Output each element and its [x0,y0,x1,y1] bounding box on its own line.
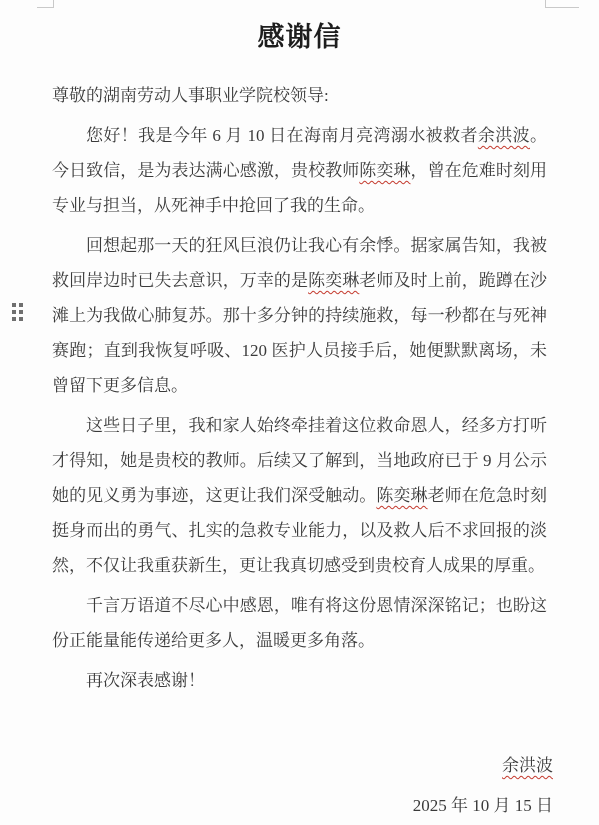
margin-crop-mark-top-right [545,0,579,8]
misspelled-text: 陈奕琳 [308,271,359,290]
document-page: 感谢信 尊敬的湖南劳动人事职业学院校领导: 您好！我是今年 6 月 10 日在海… [0,0,599,825]
drag-handle-icon[interactable] [12,303,23,321]
letter-salutation: 尊敬的湖南劳动人事职业学院校领导: [52,78,547,113]
paragraph: 千言万语道不尽心中感恩，唯有将这份恩情深深铭记；也盼这份正能量能传递给更多人，温… [52,588,547,658]
signature-line: 余洪波 [52,748,553,783]
paragraph: 您好！我是今年 6 月 10 日在海南月亮湾溺水被救者余洪波。今日致信，是为表达… [52,118,547,223]
paragraph: 回想起那一天的狂风巨浪仍让我心有余悸。据家属告知，我被救回岸边时已失去意识，万幸… [52,228,547,403]
letter-content: 感谢信 尊敬的湖南劳动人事职业学院校领导: 您好！我是今年 6 月 10 日在海… [52,0,547,823]
paragraph: 这些日子里，我和家人始终牵挂着这位救命恩人，经多方打听才得知，她是贵校的教师。后… [52,408,547,583]
text-run: 您好！我是今年 6 月 10 日在海南月亮湾溺水被救者 [86,126,478,145]
misspelled-text: 余洪波 [478,126,530,145]
misspelled-text: 陈奕琳 [376,486,427,505]
paragraph: 再次深表感谢！ [52,663,547,698]
letter-title: 感谢信 [52,20,547,54]
date-line: 2025 年 10 月 15 日 [52,788,553,823]
text-run: 千言万语道不尽心中感恩，唯有将这份恩情深深铭记；也盼这份正能量能传递给更多人，温… [52,596,547,650]
signature-name: 余洪波 [502,756,553,775]
text-run: 再次深表感谢！ [86,671,205,690]
misspelled-text: 陈奕琳 [359,161,410,180]
letter-body: 您好！我是今年 6 月 10 日在海南月亮湾溺水被救者余洪波。今日致信，是为表达… [52,118,547,698]
